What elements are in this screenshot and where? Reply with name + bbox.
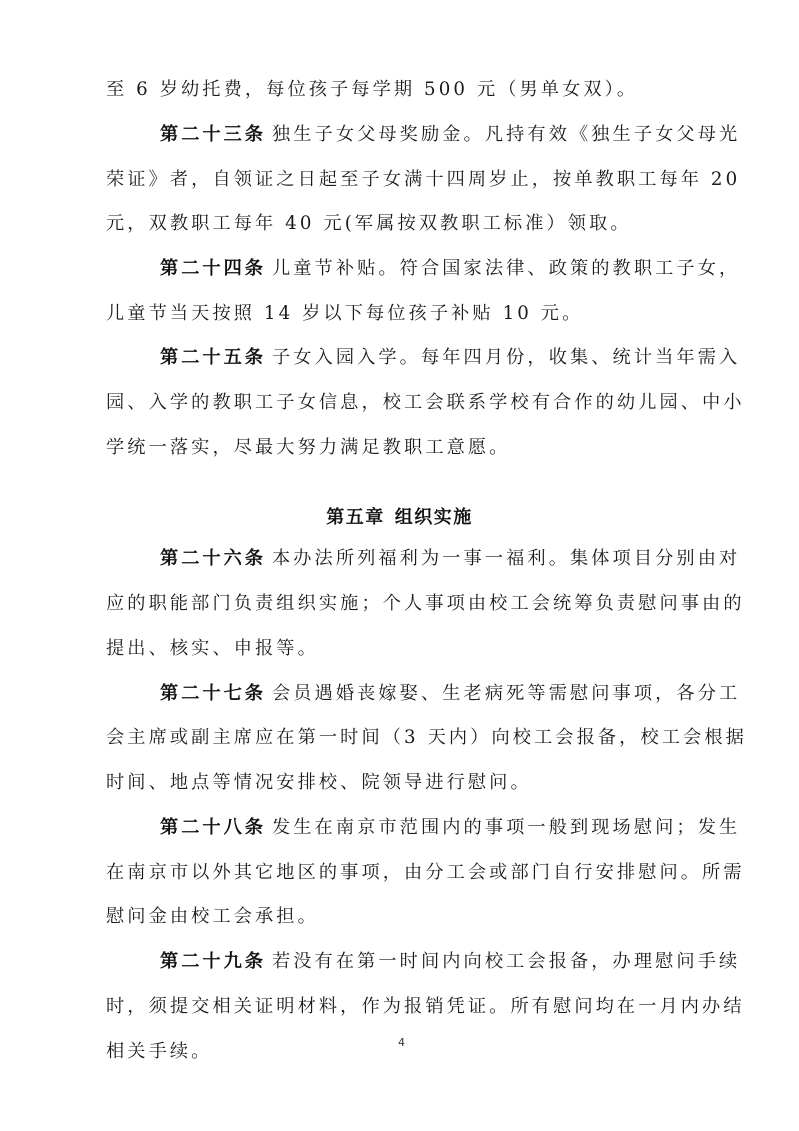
text-line: 在南京市以外其它地区的事项，由分工会或部门自行安排慰问。所需 <box>106 861 706 885</box>
article-28: 第二十八条发生在南京市范围内的事项一般到现场慰问；发生 <box>160 816 760 840</box>
text-line: 荣证》者，自领证之日起至子女满十四周岁止，按单教职工每年 20 <box>106 168 706 192</box>
text-line: 学统一落实，尽最大努力满足教职工意愿。 <box>106 436 706 460</box>
article-26: 第二十六条本办法所列福利为一事一福利。集体项目分别由对 <box>160 547 760 571</box>
article-heading: 第二十五条 <box>160 347 266 368</box>
article-heading: 第二十六条 <box>160 548 266 569</box>
text-line: 时，须提交相关证明材料，作为报销凭证。所有慰问均在一月内办结 <box>106 995 706 1019</box>
article-text: 会员遇婚丧嫁娶、生老病死等需慰问事项，各分工 <box>272 683 740 704</box>
article-heading: 第二十四条 <box>160 258 266 279</box>
article-heading: 第二十三条 <box>160 124 266 145</box>
article-27: 第二十七条会员遇婚丧嫁娶、生老病死等需慰问事项，各分工 <box>160 682 760 706</box>
text-line: 园、入学的教职工子女信息，校工会联系学校有合作的幼儿园、中小 <box>106 391 706 415</box>
text-line: 提出、核实、申报等。 <box>106 637 706 661</box>
chapter-number: 第五章 <box>326 507 385 528</box>
text-line: 会主席或副主席应在第一时间（3 天内）向校工会报备，校工会根据 <box>106 726 706 750</box>
chapter-heading: 第五章组织实施 <box>0 506 799 530</box>
article-23: 第二十三条独生子女父母奖励金。凡持有效《独生子女父母光 <box>160 123 760 147</box>
document-page: 至 6 岁幼托费，每位孩子每学期 500 元（男单女双）。 第二十三条独生子女父… <box>0 0 799 1131</box>
article-text: 本办法所列福利为一事一福利。集体项目分别由对 <box>272 548 740 569</box>
article-text: 儿童节补贴。符合国家法律、政策的教职工子女， <box>272 258 740 279</box>
article-heading: 第二十九条 <box>160 951 266 972</box>
article-25: 第二十五条子女入园入学。每年四月份，收集、统计当年需入 <box>160 346 760 370</box>
article-29: 第二十九条若没有在第一时间内向校工会报备，办理慰问手续 <box>160 950 760 974</box>
chapter-title: 组织实施 <box>395 507 473 528</box>
text-line: 时间、地点等情况安排校、院领导进行慰问。 <box>106 771 706 795</box>
article-text: 独生子女父母奖励金。凡持有效《独生子女父母光 <box>272 124 740 145</box>
text-line: 元，双教职工每年 40 元(军属按双教职工标准）领取。 <box>106 212 706 236</box>
text-line: 儿童节当天按照 14 岁以下每位孩子补贴 10 元。 <box>106 302 706 326</box>
article-24: 第二十四条儿童节补贴。符合国家法律、政策的教职工子女， <box>160 257 760 281</box>
page-number: 4 <box>2 1036 799 1049</box>
article-text: 若没有在第一时间内向校工会报备，办理慰问手续 <box>272 951 740 972</box>
article-heading: 第二十八条 <box>160 817 266 838</box>
text-line: 慰问金由校工会承担。 <box>106 905 706 929</box>
article-heading: 第二十七条 <box>160 683 266 704</box>
article-text: 发生在南京市范围内的事项一般到现场慰问；发生 <box>272 817 740 838</box>
article-text: 子女入园入学。每年四月份，收集、统计当年需入 <box>272 347 740 368</box>
text-line: 至 6 岁幼托费，每位孩子每学期 500 元（男单女双）。 <box>106 78 706 102</box>
text-line: 应的职能部门负责组织实施；个人事项由校工会统筹负责慰问事由的 <box>106 592 706 616</box>
